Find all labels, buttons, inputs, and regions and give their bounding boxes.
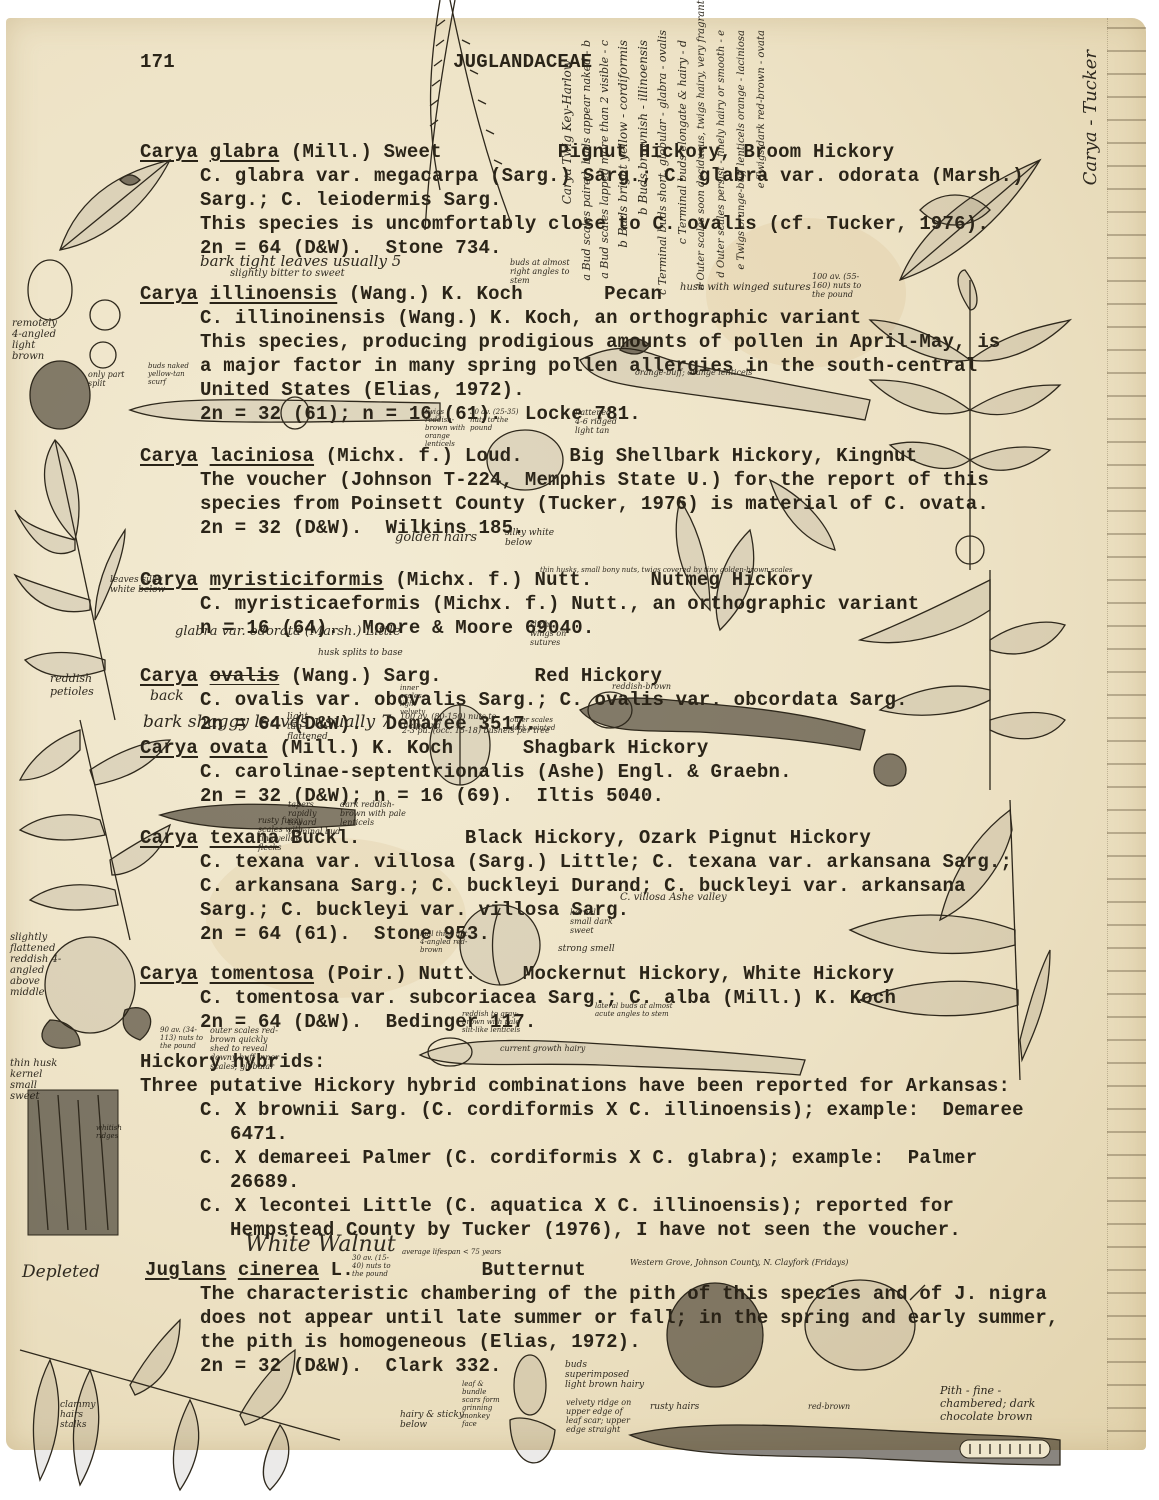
- twig-drawing-pecan: [130, 385, 450, 435]
- leaf-drawing-juglans: [10, 1290, 350, 1490]
- hybrid-item: C. X brownii Sarg. (C. cordiformis X C. …: [200, 1098, 1024, 1122]
- synonym-line: Sarg.; C. buckleyi var. villosa Sarg.: [200, 898, 629, 922]
- handwritten-key-line: d Outer scales persist - finely hairy or…: [716, 30, 727, 278]
- handwritten-key-line: e Twigs orange-buff lenticels orange - l…: [736, 30, 747, 270]
- handwritten-key-line: a Bud scales paired, buds appear naked -…: [580, 40, 593, 281]
- leaf-drawing-myristiciformis: [15, 430, 125, 730]
- handwritten-note: C. villosa Ashe valley: [620, 892, 727, 903]
- handwritten-note: Western Grove, Johnson County, N. Clayfo…: [630, 1258, 848, 1267]
- twig-drawing-juglans-pith: [630, 1410, 1070, 1480]
- handwritten-corner-note: Carya - Tucker: [1080, 50, 1101, 185]
- nut-drawing-tomentosa: [450, 900, 550, 990]
- handwritten-note: outer scales dark pointed: [510, 716, 570, 732]
- leaf-drawing-ovalis: [850, 560, 1070, 800]
- handwritten-key-line: a Bud scales lapped more than 2 visible …: [598, 40, 611, 279]
- handwritten-note: back: [150, 688, 184, 704]
- catkin-drawing: [370, 0, 530, 240]
- handwritten-note: average lifespan < 75 years: [402, 1248, 501, 1256]
- species-heading-carya-illinoensis: Carya illinoensis (Wang.) K. Koch Pecan: [140, 282, 662, 306]
- species-epithet: illinoensis: [210, 283, 338, 305]
- handwritten-note: hairy & sticky below: [400, 1410, 470, 1430]
- species-epithet: cinerea: [238, 1259, 319, 1281]
- leaf-drawing-tomentosa: [820, 800, 1050, 1090]
- handwritten-note: outer scales red-brown quickly shed to r…: [210, 1026, 282, 1071]
- handwritten-key-title: Carya Twig Key-Harlow: [560, 60, 574, 204]
- common-name: Big Shellbark Hickory, Kingnut: [569, 445, 917, 467]
- leaf-drawing-myristiciformis-right: [640, 470, 840, 630]
- species-epithet: glabra: [210, 141, 280, 163]
- handwritten-note: slightly bitter to sweet: [230, 268, 345, 279]
- twig-drawing-laciniosa: [580, 320, 880, 430]
- handwritten-note: buds at almost right angles to stem: [510, 258, 580, 285]
- nut-drawing-pecan: [15, 250, 145, 450]
- genus: Carya: [140, 445, 198, 467]
- handwritten-note: 30 av. (15-40) nuts to the pound: [352, 1254, 394, 1278]
- handwritten-note: slight wings on sutures: [530, 620, 570, 647]
- handwritten-note: Depleted: [22, 1262, 100, 1282]
- nut-drawing-butternut: [660, 1280, 770, 1400]
- handwritten-note: buds naked yellow-tan scurf: [148, 362, 198, 386]
- common-name: Pecan: [604, 283, 662, 305]
- genus: Carya: [140, 283, 198, 305]
- species-epithet: tomentosa: [210, 963, 314, 985]
- twig-drawing-ovata: [160, 795, 360, 835]
- handwritten-note: light tan flattened: [287, 712, 325, 742]
- note-line: This species is uncomfortably close to C…: [200, 212, 989, 236]
- handwritten-note: lateral buds at almost acute angles to s…: [595, 1002, 685, 1018]
- handwritten-key-line: e Twigs dark red-brown - ovata: [756, 30, 767, 188]
- species-epithet: ovata: [210, 737, 268, 759]
- species-epithet: ovalis: [210, 665, 280, 687]
- genus: Juglans: [145, 1259, 226, 1281]
- hybrid-item-cont: 26689.: [230, 1170, 300, 1194]
- hybrid-item-cont: 6471.: [230, 1122, 288, 1146]
- leaf-scar-drawing: [500, 1350, 580, 1490]
- author: (Wang.) K. Koch: [349, 283, 523, 305]
- handwritten-key-line: b Buds brownish - illinoensis: [636, 40, 650, 215]
- handwritten-note: bark shaggy leaves usually 7: [143, 712, 391, 732]
- common-name: Butternut: [482, 1259, 586, 1281]
- common-name: Black Hickory, Ozark Pignut Hickory: [465, 827, 871, 849]
- handwritten-note: husk with winged sutures: [680, 282, 811, 293]
- bark-drawing: [28, 1090, 123, 1240]
- twig-drawing-ovalis: [580, 680, 870, 760]
- nut-drawing-ovata: [420, 700, 500, 790]
- handwritten-note: silky white below: [505, 528, 555, 548]
- page-number: 171: [140, 50, 175, 74]
- handwritten-note: kernel small dark sweet: [570, 908, 614, 935]
- nut-drawing-laciniosa: [480, 420, 570, 500]
- handwritten-key-line: c Terminal buds short, globular - glabra…: [656, 30, 669, 295]
- husk-drawing-texana: [20, 930, 160, 1060]
- genus: Carya: [140, 665, 198, 687]
- hybrid-item: C. X lecontei Little (C. aquatica X C. i…: [200, 1194, 954, 1218]
- author: L.: [331, 1259, 354, 1281]
- handwritten-note: leaf & bundle scars form grinning monkey…: [462, 1380, 500, 1428]
- handwritten-note: 90 av. (34-113) nuts to the pound: [160, 1026, 208, 1050]
- species-epithet: laciniosa: [210, 445, 314, 467]
- handwritten-note: glabra var. odorata (Marsh.) Little: [175, 624, 401, 639]
- fruit-drawing-butternut: [800, 1270, 930, 1380]
- handwritten-note: golden hairs: [395, 530, 477, 545]
- leaf-drawing-ovata: [20, 720, 170, 950]
- handwritten-note: husk splits to base: [318, 648, 403, 658]
- handwritten-key-line: c Terminal buds elongate & hairy - d: [676, 40, 689, 244]
- handwritten-note: strong smell: [558, 944, 615, 954]
- species-epithet: myristiciformis: [210, 569, 384, 591]
- handwritten-key-line: b Buds bright yellow - cordiformis: [616, 40, 630, 248]
- handwritten-note: 100 av. (55-160) nuts to the pound: [812, 272, 872, 299]
- handwritten-key-line: d Outer scales soon deciduous, twigs hai…: [696, 30, 707, 290]
- torn-right-edge: [1107, 18, 1146, 1450]
- hybrid-item: C. X demareei Palmer (C. cordiformis X C…: [200, 1146, 977, 1170]
- twig-drawing-tomentosa: [420, 1020, 810, 1080]
- leaf-drawing-pecan: [870, 270, 1070, 580]
